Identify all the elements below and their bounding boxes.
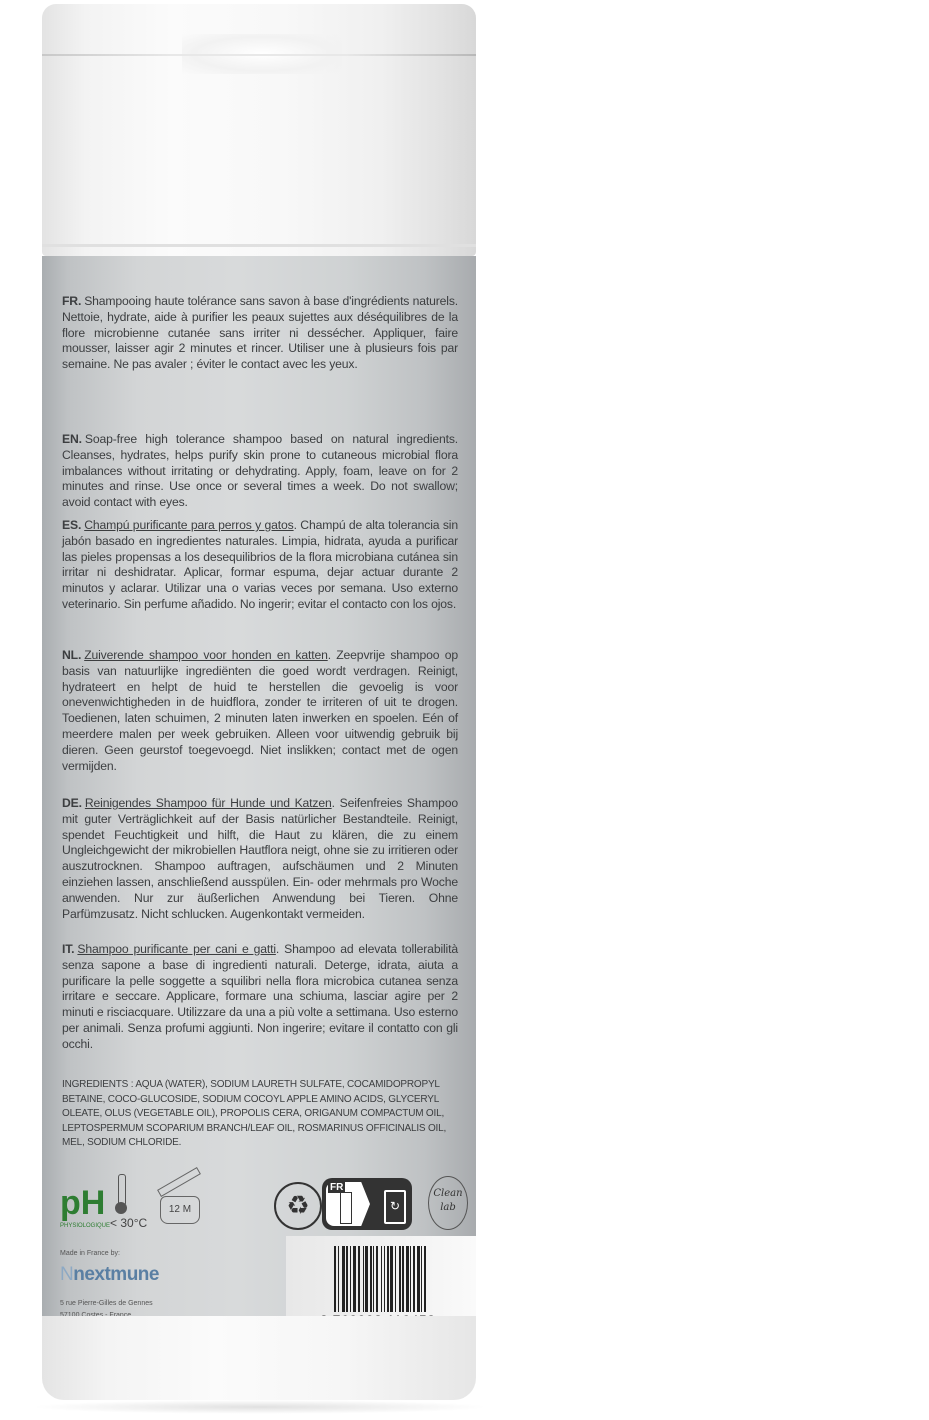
lang-code: IT. [62, 942, 74, 956]
shampoo-bottle: FR.Shampooing haute tolérance sans savon… [42, 4, 476, 1404]
made-in-text: Made in France by: [60, 1250, 120, 1257]
text-body: . Seifenfreies Shampoo mit guter Verträg… [62, 796, 458, 921]
clean-lab-line2: lab [429, 1201, 467, 1215]
bottle-base [42, 1316, 476, 1400]
info-tri-icon: FR ↻ [322, 1178, 412, 1230]
clean-lab-logo: Clean lab [428, 1176, 468, 1230]
cap-lid-seam [42, 54, 476, 56]
lang-code: NL. [62, 648, 81, 662]
cap-bottom-seam [42, 244, 476, 247]
text-body: Soap-free high tolerance shampoo based o… [62, 432, 458, 509]
address-line: 5 rue Pierre-Gilles de Gennes [60, 1298, 153, 1310]
text-es: ES.Champú purificante para perros y gato… [62, 518, 458, 613]
ph-icon: pH [60, 1188, 105, 1218]
lang-code: EN. [62, 432, 82, 446]
ingredients-list: INGREDIENTS : AQUA (WATER), SODIUM LAURE… [62, 1078, 458, 1151]
thermometer-bulb-icon [115, 1202, 127, 1214]
text-heading: Champú purificante para perros y gatos [84, 518, 293, 532]
text-body: . Shampoo ad elevata tollerabilità senza… [62, 942, 458, 1051]
text-nl: NL.Zuiverende shampoo voor honden en kat… [62, 648, 458, 774]
pao-value: 12 M [160, 1196, 200, 1224]
period-after-opening-icon: 12 M [156, 1168, 206, 1228]
ph-subtext: PHYSIOLOGIQUE [60, 1223, 110, 1229]
bottle-icon [340, 1192, 352, 1224]
clean-lab-line1: Clean [429, 1187, 467, 1201]
brand-name: nextmune [73, 1264, 159, 1285]
bottle-shadow [30, 1400, 490, 1414]
lang-code: ES. [62, 518, 81, 532]
bottle-cap [42, 4, 476, 256]
text-de: DE.Reinigendes Shampoo für Hunde und Kat… [62, 796, 458, 922]
text-body: Shampooing haute tolérance sans savon à … [62, 294, 458, 371]
storage-temperature: < 30°C [110, 1216, 147, 1230]
jar-lid-icon [157, 1167, 201, 1197]
recycle-bin-icon: ↻ [384, 1190, 406, 1224]
back-label: FR.Shampooing haute tolérance sans savon… [42, 256, 476, 1316]
text-it: IT.Shampoo purificante per cani e gatti.… [62, 942, 458, 1053]
lang-code: FR. [62, 294, 81, 308]
text-body: . Zeepvrije shampoo op basis van natuurl… [62, 648, 458, 773]
triman-recycling-icon: ♻ [274, 1182, 322, 1230]
lang-code: DE. [62, 796, 82, 810]
text-heading: Shampoo purificante per cani e gatti [77, 942, 275, 956]
barcode-icon [334, 1246, 446, 1312]
text-en: EN.Soap-free high tolerance shampoo base… [62, 432, 458, 511]
text-heading: Zuiverende shampoo voor honden en katten [84, 648, 328, 662]
text-fr: FR.Shampooing haute tolérance sans savon… [62, 294, 458, 373]
brand-logo: Nnextmune [60, 1264, 159, 1286]
brand-mark: N [60, 1264, 73, 1285]
text-heading: Reinigendes Shampoo für Hunde und Katzen [85, 796, 332, 810]
